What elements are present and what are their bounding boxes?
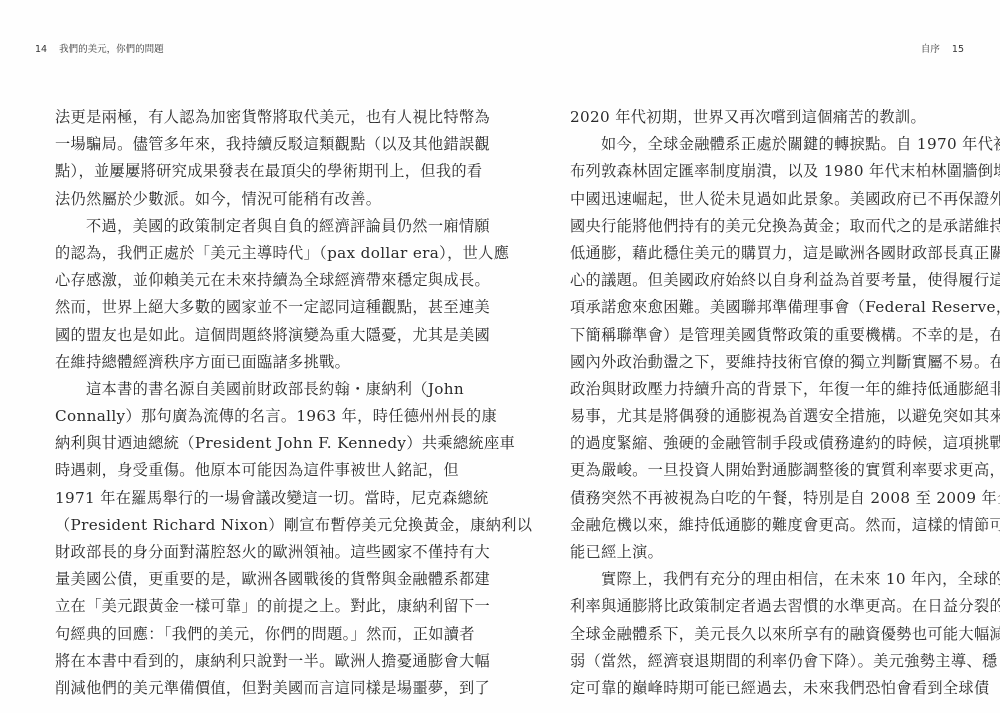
left-running-head: 14我們的美元，你們的問題 [35, 41, 164, 55]
text-line: 全球金融體系下，美元長久以來所享有的融資優勢也可能大幅減 [570, 621, 952, 648]
text-line: （President Richard Nixon）剛宣布暫停美元兌換黃金，康納利… [55, 512, 447, 539]
text-line: 能已經上演。 [570, 539, 952, 566]
text-line: 更為嚴峻。一旦投資人開始對通膨調整後的實質利率要求更高， [570, 457, 952, 484]
text-line: 如今，全球金融體系正處於關鍵的轉捩點。自 1970 年代初， [570, 131, 952, 158]
text-line: 心存感激，並仰賴美元在未來持續為全球經濟帶來穩定與成長。 [55, 267, 447, 294]
right-page-number: 15 [952, 44, 964, 55]
text-line: 國的盟友也是如此。這個問題終將演變為重大隱憂，尤其是美國 [55, 322, 447, 349]
text-line: 法仍然屬於少數派。如今，情況可能稍有改善。 [55, 186, 447, 213]
text-line: 中國迅速崛起，世人從未見過如此景象。美國政府已不再保證外 [570, 186, 952, 213]
right-running-title: 自序 [921, 44, 940, 55]
text-line: 在維持總體經濟秩序方面已面臨諸多挑戰。 [55, 349, 447, 376]
text-line: 的過度緊縮、強硬的金融管制手段或債務違約的時候，這項挑戰 [570, 430, 952, 457]
text-line: 國內外政治動盪之下，要維持技術官僚的獨立判斷實屬不易。在 [570, 349, 952, 376]
text-line: 布列敦森林固定匯率制度崩潰，以及 1980 年代末柏林圍牆倒塌、 [570, 158, 952, 185]
text-line: 實際上，我們有充分的理由相信，在未來 10 年內，全球的 [570, 566, 952, 593]
book-spread: 14我們的美元，你們的問題 法更是兩極，有人認為加密貨幣將取代美元，也有人視比特… [0, 0, 1000, 713]
text-line: 1971 年在羅馬舉行的一場會議改變這一切。當時，尼克森總統 [55, 485, 447, 512]
text-line: 債務突然不再被視為白吃的午餐，特別是自 2008 至 2009 年全球 [570, 485, 952, 512]
text-line: 定可靠的巔峰時期可能已經過去，未來我們恐怕會看到全球債 [570, 675, 952, 702]
right-running-head: 自序15 [921, 41, 964, 55]
left-page-body: 法更是兩極，有人認為加密貨幣將取代美元，也有人視比特幣為一場騙局。儘管多年來，我… [55, 104, 447, 702]
text-line: 項承諾愈來愈困難。美國聯邦準備理事會（Federal Reserve，以 [570, 294, 952, 321]
text-line: 弱（當然，經濟衰退期間的利率仍會下降）。美元強勢主導、穩 [570, 648, 952, 675]
text-line: 不過，美國的政策制定者與自負的經濟評論員仍然一廂情願 [55, 213, 447, 240]
text-line: 金融危機以來，維持低通膨的難度會更高。然而，這樣的情節可 [570, 512, 952, 539]
text-line: 政治與財政壓力持續升高的背景下，年復一年的維持低通膨絕非 [570, 376, 952, 403]
text-line: 的認為，我們正處於「美元主導時代」（pax dollar era），世人應 [55, 240, 447, 267]
text-line: 一場騙局。儘管多年來，我持續反駁這類觀點（以及其他錯誤觀 [55, 131, 447, 158]
text-line: 法更是兩極，有人認為加密貨幣將取代美元，也有人視比特幣為 [55, 104, 447, 131]
text-line: 財政部長的身分面對滿腔怒火的歐洲領袖。這些國家不僅持有大 [55, 539, 447, 566]
text-line: 這本書的書名源自美國前財政部長約翰・康納利（John [55, 376, 447, 403]
text-line: 心的議題。但美國政府始終以自身利益為首要考量，使得履行這 [570, 267, 952, 294]
text-line: 國央行能將他們持有的美元兌換為黃金；取而代之的是承諾維持 [570, 213, 952, 240]
text-line: 點），並屢屢將研究成果發表在最頂尖的學術期刊上，但我的看 [55, 158, 447, 185]
text-line: 利率與通膨將比政策制定者過去習慣的水準更高。在日益分裂的 [570, 593, 952, 620]
right-page: 自序15 2020 年代初期，世界又再次嚐到這個痛苦的教訓。如今，全球金融體系正… [500, 0, 1000, 713]
text-line: 易事，尤其是將偶發的通膨視為首選安全措施，以避免突如其來 [570, 403, 952, 430]
text-line: 量美國公債，更重要的是，歐洲各國戰後的貨幣與金融體系都建 [55, 566, 447, 593]
text-line: 立在「美元跟黃金一樣可靠」的前提之上。對此，康納利留下一 [55, 593, 447, 620]
text-line: 下簡稱聯準會）是管理美國貨幣政策的重要機構。不幸的是，在 [570, 322, 952, 349]
text-line: Connally）那句廣為流傳的名言。1963 年，時任德州州長的康 [55, 403, 447, 430]
text-line: 削減他們的美元準備價值，但對美國而言這同樣是場噩夢，到了 [55, 675, 447, 702]
text-line: 然而，世界上絕大多數的國家並不一定認同這種觀點，甚至連美 [55, 294, 447, 321]
left-page-number: 14 [35, 44, 47, 55]
text-line: 句經典的回應：「我們的美元，你們的問題。」然而，正如讀者 [55, 621, 447, 648]
text-line: 納利與甘迺迪總統（President John F. Kennedy）共乘總統座… [55, 430, 447, 457]
right-page-body: 2020 年代初期，世界又再次嚐到這個痛苦的教訓。如今，全球金融體系正處於關鍵的… [570, 104, 952, 702]
text-line: 時遇刺，身受重傷。他原本可能因為這件事被世人銘記，但 [55, 457, 447, 484]
text-line: 2020 年代初期，世界又再次嚐到這個痛苦的教訓。 [570, 104, 952, 131]
text-line: 將在本書中看到的，康納利只說對一半。歐洲人擔憂通膨會大幅 [55, 648, 447, 675]
left-running-title: 我們的美元，你們的問題 [59, 44, 164, 55]
text-line: 低通膨，藉此穩住美元的購買力，這是歐洲各國財政部長真正關 [570, 240, 952, 267]
left-page: 14我們的美元，你們的問題 法更是兩極，有人認為加密貨幣將取代美元，也有人視比特… [0, 0, 500, 713]
